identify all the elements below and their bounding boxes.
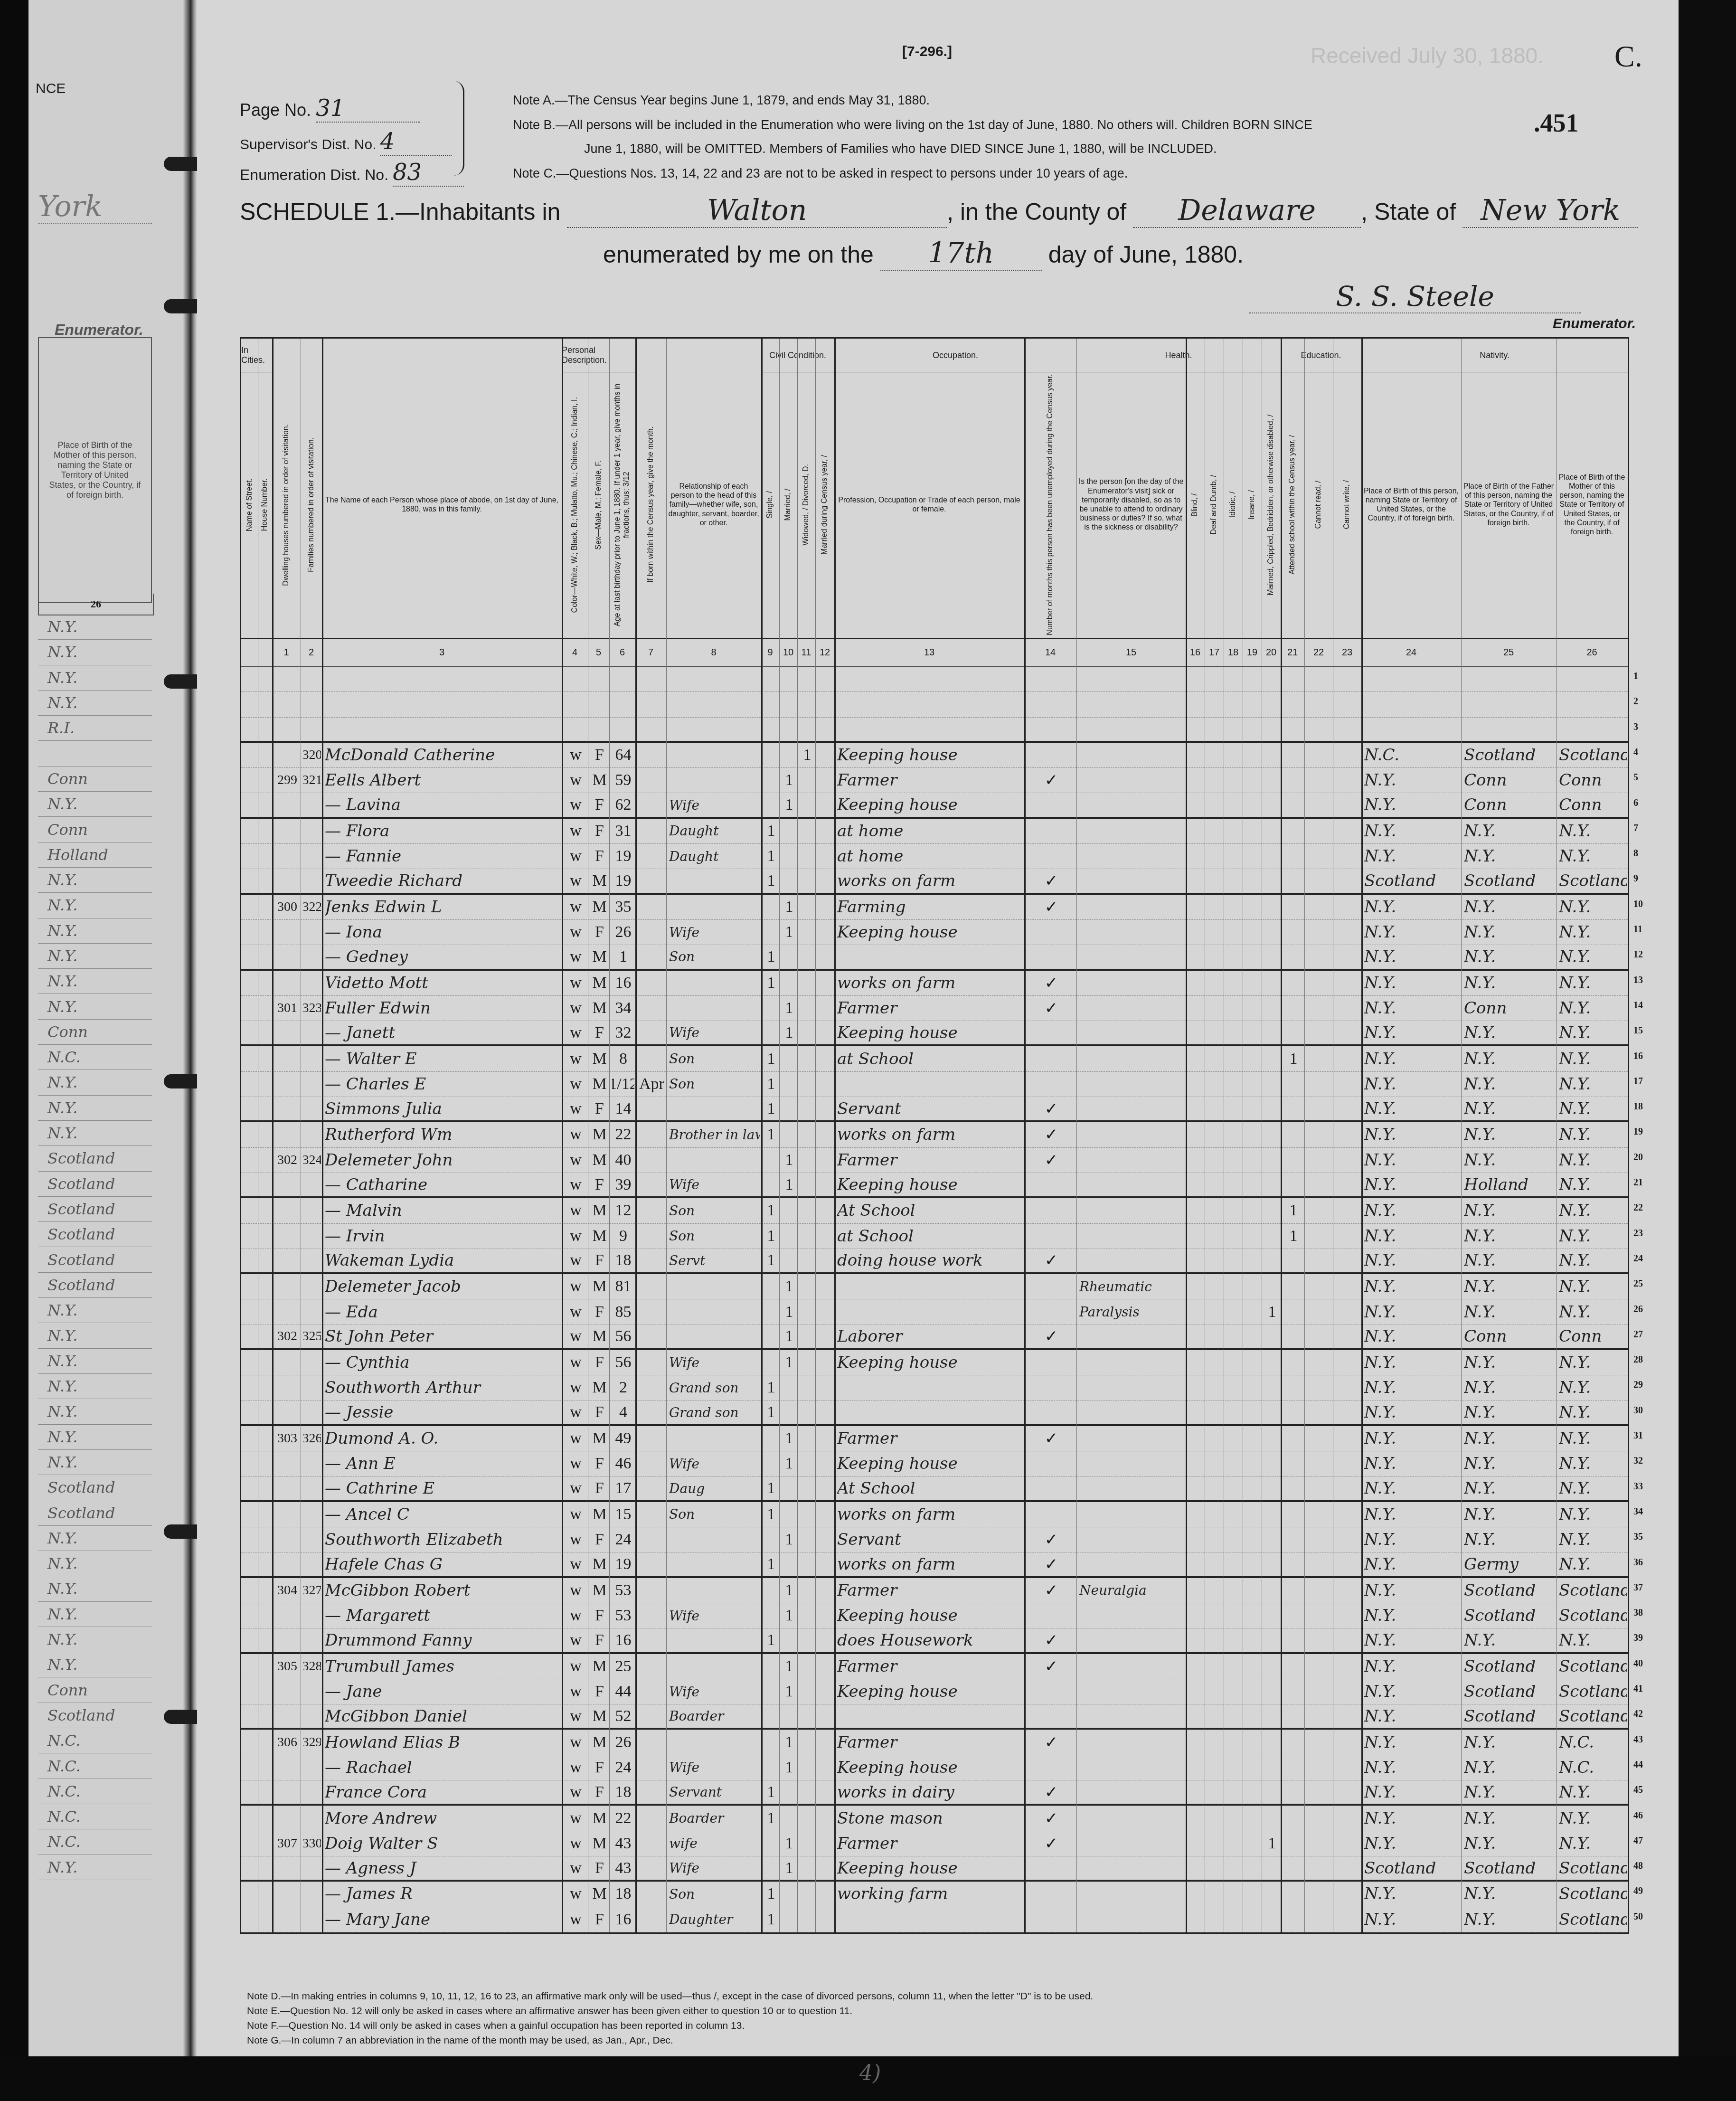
cell-single	[764, 1426, 778, 1451]
cell-age	[612, 692, 634, 717]
cell-dwelling	[275, 692, 300, 717]
cell-month	[638, 1122, 665, 1147]
cell-month	[638, 1148, 665, 1173]
cell-widowed	[800, 1806, 814, 1830]
cell-single	[764, 793, 778, 816]
cell-school	[1283, 1806, 1303, 1830]
facing-page-cell: N.Y.	[38, 1576, 152, 1601]
cell-color: w	[565, 793, 587, 816]
cell-disabled	[1264, 1072, 1280, 1097]
cell-occupation: Farming	[837, 895, 1023, 919]
facing-page-heading-fragment: NCE	[36, 81, 66, 97]
cell-month	[638, 1654, 665, 1679]
note-e: Note E.—Question No. 12 will only be ask…	[247, 2004, 1093, 2018]
cell-age: 43	[612, 1856, 634, 1880]
cell-rel: Wife	[669, 1350, 760, 1375]
cell-age: 16	[612, 1628, 634, 1652]
cell-birth: N.Y.	[1364, 1224, 1460, 1249]
cell-name: — Ann E	[325, 1451, 561, 1476]
cell-family	[303, 1704, 321, 1728]
cell-unemployed	[1027, 819, 1076, 843]
table-row: — FlorawF31Daught1at homeN.Y.N.Y.N.Y.	[241, 819, 1628, 844]
column-rule	[588, 339, 588, 1932]
cell-widowed	[800, 1477, 814, 1500]
cell-single: 1	[764, 1046, 778, 1071]
cell-disabled	[1264, 1603, 1280, 1628]
column-number	[258, 639, 272, 666]
cell-name: — Walter E	[325, 1046, 561, 1071]
cell-name: — James R	[325, 1882, 561, 1906]
cell-disabled: 1	[1264, 1831, 1280, 1856]
cell-disabled	[1264, 1021, 1280, 1044]
cell-school	[1283, 819, 1303, 843]
column-header-text: Color—White, W.; Black, B.; Mulatto, Mu.…	[570, 397, 579, 613]
column-rule	[272, 339, 274, 1932]
column-rule	[609, 339, 610, 1932]
cell-occupation: Keeping house	[837, 1350, 1023, 1375]
cell-sex: F	[591, 1401, 608, 1424]
cell-single	[764, 1654, 778, 1679]
cell-mother: N.Y.	[1559, 1477, 1627, 1500]
cell-father: N.Y.	[1464, 1148, 1555, 1173]
cell-birth: N.Y.	[1364, 793, 1460, 816]
cell-family	[303, 1502, 321, 1527]
column-rule	[815, 339, 816, 1932]
cell-name: — Janett	[325, 1021, 561, 1044]
cell-school	[1283, 1325, 1303, 1348]
facing-page-cell: N.Y.	[38, 1070, 152, 1095]
column-rule	[1461, 339, 1462, 1932]
cell-school	[1283, 1552, 1303, 1576]
cell-birth: N.Y.	[1364, 1173, 1460, 1196]
cell-color: w	[565, 1780, 587, 1804]
cell-sickness	[1079, 1072, 1185, 1097]
cell-sickness	[1079, 793, 1185, 816]
cell-single: 1	[764, 1552, 778, 1576]
line-number: 19	[1633, 1126, 1643, 1137]
cell-sex: F	[591, 1097, 608, 1120]
cell-name: Doig Walter S	[325, 1831, 561, 1856]
cell-unemployed	[1027, 718, 1076, 741]
cell-mother: Conn	[1559, 1325, 1627, 1348]
cell-color: w	[565, 1882, 587, 1906]
line-number: 25	[1633, 1278, 1643, 1289]
cell-sex	[591, 692, 608, 717]
cell-birth: N.Y.	[1364, 1350, 1460, 1375]
table-row: 307330Doig Walter SwM43wife1Farmer✓1N.Y.…	[241, 1831, 1628, 1856]
cell-unemployed	[1027, 1274, 1076, 1299]
column-header-25: Place of Birth of the Father of this per…	[1461, 372, 1556, 638]
cell-father: N.Y.	[1464, 1375, 1555, 1400]
cell-sickness	[1079, 1046, 1185, 1071]
cell-single	[764, 692, 778, 717]
cell-birth: N.Y.	[1364, 1628, 1460, 1652]
cell-sex: M	[591, 1224, 608, 1249]
table-row: Videtto MottwM161works on farm✓N.Y.N.Y.N…	[241, 971, 1628, 996]
cell-sickness	[1079, 718, 1185, 741]
cell-name: — Fannie	[325, 844, 561, 869]
cell-dwelling	[275, 869, 300, 892]
cell-month	[638, 743, 665, 767]
cell-rel	[669, 1274, 760, 1299]
table-row: Hafele Chas GwM191works on farm✓N.Y.Germ…	[241, 1552, 1628, 1578]
county-value: Delaware	[1133, 194, 1361, 228]
cell-single	[764, 996, 778, 1021]
table-row: 303326Dumond A. O.wM491Farmer✓N.Y.N.Y.N.…	[241, 1426, 1628, 1451]
cell-father: N.Y.	[1464, 1426, 1555, 1451]
cell-single	[764, 1148, 778, 1173]
table-row: More AndrewwM22Boarder1Stone mason✓N.Y.N…	[241, 1806, 1628, 1831]
cell-rel: Wife	[669, 1603, 760, 1628]
cell-birth: N.C.	[1364, 743, 1460, 767]
group-health: Health.	[1076, 339, 1281, 372]
cell-color: w	[565, 844, 587, 869]
cell-occupation: at School	[837, 1046, 1023, 1071]
cell-disabled	[1264, 1679, 1280, 1704]
cell-name: — Jessie	[325, 1401, 561, 1424]
cell-age: 16	[612, 971, 634, 995]
cell-single	[764, 743, 778, 767]
line-number: 11	[1633, 924, 1642, 935]
cell-father: N.Y.	[1464, 1451, 1555, 1476]
cell-unemployed	[1027, 920, 1076, 945]
cell-widowed	[800, 1780, 814, 1804]
cell-rel: Daughter	[669, 1907, 760, 1932]
cell-mother: N.Y.	[1559, 1249, 1627, 1272]
column-header-text: Age at last birthday prior to June 1, 18…	[613, 374, 631, 636]
enumeration-date-line: enumerated by me on the 17th day of June…	[603, 237, 1244, 271]
line-number: 6	[1633, 798, 1638, 809]
cell-birth: N.Y.	[1364, 1907, 1460, 1932]
cell-sex: M	[591, 1882, 608, 1906]
table-row: 320McDonald CatherinewF641Keeping houseN…	[241, 743, 1628, 768]
cell-birth	[1364, 718, 1460, 741]
column-header-text: Profession, Occupation or Trade of each …	[836, 496, 1022, 514]
cell-unemployed	[1027, 1224, 1076, 1249]
cell-mother: Scotland	[1559, 1578, 1627, 1603]
cell-father: N.Y.	[1464, 920, 1555, 945]
facing-page-cell: Scotland	[38, 1222, 152, 1247]
cell-school	[1283, 1375, 1303, 1400]
cell-birth	[1364, 667, 1460, 691]
cell-mother: N.Y.	[1559, 1097, 1627, 1120]
cell-sickness: Neuralgia	[1079, 1578, 1185, 1603]
column-header-text: Place of Birth of the Mother of this per…	[1558, 473, 1626, 537]
cell-birth: N.Y.	[1364, 1882, 1460, 1906]
table-row: — MargarettwF53Wife1Keeping houseN.Y.Sco…	[241, 1603, 1628, 1628]
column-number: 9	[761, 639, 779, 666]
cell-father: N.Y.	[1464, 1224, 1555, 1249]
cell-name: Delemeter Jacob	[325, 1274, 561, 1299]
cell-unemployed: ✓	[1027, 1806, 1076, 1830]
schedule-title-line: SCHEDULE 1.—Inhabitants in Walton, in th…	[240, 194, 1638, 228]
table-row: — FanniewF19Daught1at homeN.Y.N.Y.N.Y.	[241, 844, 1628, 869]
cell-sex	[591, 667, 608, 691]
cell-name: McGibbon Daniel	[325, 1704, 561, 1728]
cell-unemployed: ✓	[1027, 1122, 1076, 1147]
cell-father: N.Y.	[1464, 844, 1555, 869]
cell-family	[303, 1780, 321, 1804]
column-header-24: Place of Birth of this person, naming St…	[1361, 372, 1461, 638]
cell-family	[303, 1477, 321, 1500]
cell-color: w	[565, 1046, 587, 1071]
cell-sickness	[1079, 1173, 1185, 1196]
cell-color: w	[565, 1249, 587, 1272]
column-number: 18	[1224, 639, 1243, 666]
enum-day-value: 17th	[880, 237, 1042, 271]
cell-mother: N.C.	[1559, 1755, 1627, 1780]
cell-unemployed	[1027, 1755, 1076, 1780]
cell-single	[764, 718, 778, 741]
cell-mother: N.Y.	[1559, 1072, 1627, 1097]
facing-page-cell: N.C.	[38, 1753, 152, 1779]
column-header-text: Cannot read, /	[1314, 481, 1323, 529]
cell-sex: M	[591, 1198, 608, 1223]
cell-occupation: Servant	[837, 1097, 1023, 1120]
cell-school	[1283, 996, 1303, 1021]
cell-family	[303, 1527, 321, 1552]
cell-birth: N.Y.	[1364, 1831, 1460, 1856]
cell-occupation: Keeping house	[837, 1173, 1023, 1196]
cell-month	[638, 1097, 665, 1120]
cell-color: w	[565, 1426, 587, 1451]
column-header-21: Attended school within the Census year, …	[1281, 372, 1304, 638]
facing-page-cell: Scotland	[38, 1703, 152, 1728]
cell-rel	[669, 1097, 760, 1120]
cell-name: More Andrew	[325, 1806, 561, 1830]
cell-school	[1283, 1350, 1303, 1375]
column-number: 2	[301, 639, 322, 666]
column-header-text: Married, /	[783, 489, 793, 521]
cell-father	[1464, 718, 1555, 741]
cell-color: w	[565, 1451, 587, 1476]
cell-unemployed	[1027, 1603, 1076, 1628]
cell-widowed	[800, 1654, 814, 1679]
cell-name: — Irvin	[325, 1224, 561, 1249]
cell-color: w	[565, 1477, 587, 1500]
cell-rel	[669, 768, 760, 793]
cell-school	[1283, 1122, 1303, 1147]
column-number: 11	[797, 639, 815, 666]
facing-page-cell: Conn	[38, 1677, 152, 1703]
cell-rel: Servant	[669, 1780, 760, 1804]
cell-mother: N.Y.	[1559, 996, 1627, 1021]
line-number: 30	[1633, 1405, 1643, 1416]
cell-single	[764, 1173, 778, 1196]
cell-birth: N.Y.	[1364, 1806, 1460, 1830]
table-row: — Mary JanewF16Daughter1N.Y.N.Y.Scotland	[241, 1907, 1628, 1932]
column-rule	[301, 339, 301, 1932]
cell-sickness	[1079, 1451, 1185, 1476]
cell-disabled	[1264, 1502, 1280, 1527]
cell-month	[638, 1021, 665, 1044]
table-row: — Cathrine EwF17Daug1At SchoolN.Y.N.Y.N.…	[241, 1477, 1628, 1502]
cell-color: w	[565, 1603, 587, 1628]
cell-family	[303, 844, 321, 869]
cell-age: 56	[612, 1350, 634, 1375]
cell-father: Scotland	[1464, 1679, 1555, 1704]
cell-occupation: works in dairy	[837, 1780, 1023, 1804]
cell-family	[303, 793, 321, 816]
cell-school	[1283, 743, 1303, 767]
cell-occupation: doing house work	[837, 1249, 1023, 1272]
cell-birth: N.Y.	[1364, 1679, 1460, 1704]
cell-age: 31	[612, 819, 634, 843]
cell-school	[1283, 1097, 1303, 1120]
facing-page-cell: Scotland	[38, 1273, 152, 1298]
facing-page-cell: Scotland	[38, 1172, 152, 1197]
cell-disabled	[1264, 1882, 1280, 1906]
cell-color: w	[565, 1299, 587, 1324]
cell-age: 53	[612, 1578, 634, 1603]
column-header-text: Insane, /	[1247, 490, 1256, 519]
cell-father: N.Y.	[1464, 895, 1555, 919]
group-civil: Civil Condition.	[761, 339, 834, 372]
cell-married	[782, 945, 796, 968]
table-row: 306329Howland Elias BwM261Farmer✓N.Y.N.Y…	[241, 1730, 1628, 1755]
cell-family	[303, 869, 321, 892]
cell-mother: N.Y.	[1559, 1173, 1627, 1196]
table-row: — Agness JwF43Wife1Keeping houseScotland…	[241, 1856, 1628, 1882]
enumerator-label: Enumerator.	[1553, 316, 1636, 332]
line-number: 48	[1633, 1861, 1643, 1872]
cell-sickness	[1079, 692, 1185, 717]
cell-name: — Ancel C	[325, 1502, 561, 1527]
cell-month	[638, 1350, 665, 1375]
cell-mother: N.Y.	[1559, 945, 1627, 968]
cell-color: w	[565, 1502, 587, 1527]
facing-page-cell: Scotland	[38, 1475, 152, 1500]
table-row: Rutherford WmwM22Brother in law1works on…	[241, 1122, 1628, 1147]
cell-father	[1464, 667, 1555, 691]
cell-rel: Wife	[669, 1679, 760, 1704]
facing-page-cell: N.Y.	[38, 918, 152, 944]
cell-single: 1	[764, 1628, 778, 1652]
cell-occupation: Servant	[837, 1527, 1023, 1552]
facing-page-cell: N.Y.	[38, 792, 152, 817]
cell-age: 15	[612, 1502, 634, 1527]
line-number: 44	[1633, 1760, 1643, 1770]
cell-sex: F	[591, 1603, 608, 1628]
cell-school	[1283, 1882, 1303, 1906]
cell-color: w	[565, 1628, 587, 1652]
cell-sickness	[1079, 1679, 1185, 1704]
cell-occupation: at School	[837, 1224, 1023, 1249]
cell-name: — Jane	[325, 1679, 561, 1704]
cell-sex: M	[591, 1654, 608, 1679]
cell-disabled	[1264, 718, 1280, 741]
cell-sex: M	[591, 1325, 608, 1348]
column-number: 22	[1304, 639, 1333, 666]
column-number	[241, 639, 258, 666]
cell-disabled	[1264, 1780, 1280, 1804]
cell-unemployed: ✓	[1027, 869, 1076, 892]
cell-occupation: Farmer	[837, 1148, 1023, 1173]
column-header-4: Color—White, W.; Black, B.; Mulatto, Mu.…	[562, 372, 588, 638]
column-number: 12	[815, 639, 834, 666]
cell-occupation: Keeping house	[837, 1755, 1023, 1780]
cell-sex: F	[591, 1628, 608, 1652]
cell-single: 1	[764, 1502, 778, 1527]
cell-disabled	[1264, 1375, 1280, 1400]
cell-dwelling	[275, 1021, 300, 1044]
cell-sickness	[1079, 920, 1185, 945]
column-header-text: Widowed, / Divorced, D.	[802, 464, 811, 546]
cell-mother: N.Y.	[1559, 1552, 1627, 1576]
cell-birth: N.Y.	[1364, 945, 1460, 968]
cell-age: 62	[612, 793, 634, 816]
column-rule	[1262, 339, 1262, 1932]
cell-disabled	[1264, 768, 1280, 793]
cell-occupation	[837, 1907, 1023, 1932]
cell-married	[782, 1097, 796, 1120]
facing-page-cell: N.C.	[38, 1045, 152, 1070]
facing-page-cell: N.Y.	[38, 1298, 152, 1323]
cell-month	[638, 1502, 665, 1527]
cell-married	[782, 1552, 796, 1576]
header-brace	[453, 81, 464, 176]
cell-single	[764, 768, 778, 793]
table-row: Wakeman LydiawF18Servt1doing house work✓…	[241, 1249, 1628, 1274]
cell-married: 1	[782, 1755, 796, 1780]
cell-dwelling: 300	[275, 895, 300, 919]
cell-school	[1283, 1173, 1303, 1196]
column-header-5: Sex—Male, M.; Female, F.	[588, 372, 609, 638]
column-number-row: 1234567891011121314151617181920212223242…	[241, 639, 1628, 667]
cell-month	[638, 1780, 665, 1804]
cell-month	[638, 844, 665, 869]
cell-married	[782, 1477, 796, 1500]
cell-name: Southworth Elizabeth	[325, 1527, 561, 1552]
cell-age: 8	[612, 1046, 634, 1071]
cell-family: 327	[303, 1578, 321, 1603]
cell-unemployed	[1027, 844, 1076, 869]
facing-page-col-header: Place of Birth of the Mother of this per…	[38, 337, 152, 603]
cell-name: Southworth Arthur	[325, 1375, 561, 1400]
cell-sickness	[1079, 1603, 1185, 1628]
cell-age: 2	[612, 1375, 634, 1400]
cell-month	[638, 1249, 665, 1272]
cell-occupation: Stone mason	[837, 1806, 1023, 1830]
cell-family	[303, 1097, 321, 1120]
cell-married: 1	[782, 895, 796, 919]
cell-month: Apr	[638, 1072, 665, 1097]
cell-mother	[1559, 692, 1627, 717]
cell-unemployed	[1027, 692, 1076, 717]
cell-sex: M	[591, 1122, 608, 1147]
cell-family	[303, 1021, 321, 1044]
cell-single: 1	[764, 1375, 778, 1400]
cell-widowed	[800, 971, 814, 995]
cell-widowed: 1	[800, 743, 814, 767]
cell-birth: N.Y.	[1364, 1730, 1460, 1754]
cell-school	[1283, 793, 1303, 816]
cell-mother: N.Y.	[1559, 1299, 1627, 1324]
cell-mother: Scotland	[1559, 1882, 1627, 1906]
cell-sex: F	[591, 1527, 608, 1552]
cell-sex: F	[591, 819, 608, 843]
cell-age: 26	[612, 920, 634, 945]
cell-widowed	[800, 1046, 814, 1071]
cell-sex: F	[591, 1021, 608, 1044]
cell-father: N.Y.	[1464, 1249, 1555, 1272]
cell-sickness	[1079, 996, 1185, 1021]
cell-married	[782, 1249, 796, 1272]
cell-father: N.Y.	[1464, 1831, 1555, 1856]
stamped-page-number: .451	[1534, 108, 1579, 138]
cell-sickness	[1079, 971, 1185, 995]
cell-color	[565, 718, 587, 741]
